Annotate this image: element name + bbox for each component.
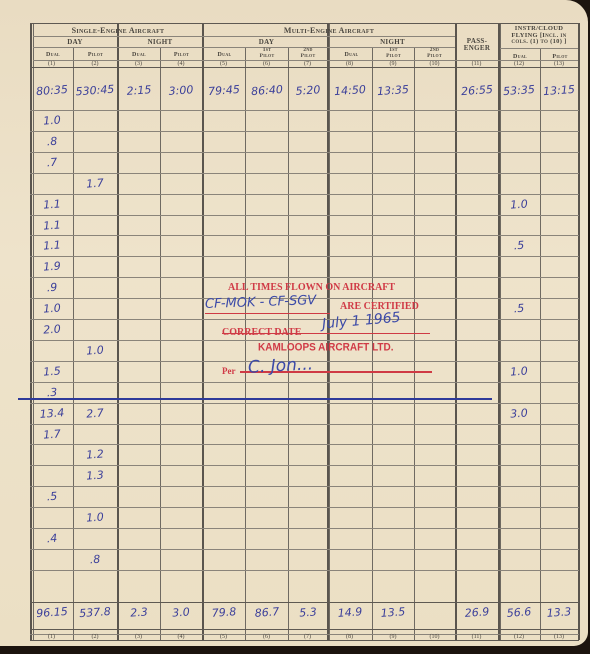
grid-hline xyxy=(30,486,579,487)
grid-vline xyxy=(117,23,119,640)
stamp-company: KAMLOOPS AIRCRAFT LTD. xyxy=(258,341,394,353)
column-number: (7) xyxy=(288,634,327,640)
column-number: (1) xyxy=(30,634,73,640)
subheader-c9: 1st Pilot xyxy=(373,48,414,59)
column-number: (7) xyxy=(288,61,327,67)
grid-vline xyxy=(202,23,204,640)
column-number: (4) xyxy=(160,634,202,640)
grid-hline xyxy=(30,235,579,236)
grid-vline xyxy=(500,23,501,640)
column-number: (12) xyxy=(498,634,540,640)
column-number: (2) xyxy=(73,634,117,640)
column-number: (2) xyxy=(73,61,117,67)
grid-vline xyxy=(160,48,161,640)
stamp-signature: C. Jon... xyxy=(248,354,314,377)
column-number: (13) xyxy=(540,634,578,640)
subheader-c8: Dual xyxy=(330,52,373,58)
grid-hline xyxy=(30,629,579,630)
column-number: (5) xyxy=(202,634,245,640)
subheader-c13: Pilot xyxy=(541,54,579,60)
subheader-c2: Pilot xyxy=(74,52,117,58)
column-number: (10) xyxy=(414,634,455,640)
column-number: (5) xyxy=(202,61,245,67)
column-number: (13) xyxy=(540,61,578,67)
subheader-c5: Dual xyxy=(204,52,245,58)
header-passenger: PASS- ENGER xyxy=(456,38,498,52)
grid-hline xyxy=(30,465,579,466)
header-instr-cloud: INSTR/CLOUD FLYING [Incl. in cols. (1) t… xyxy=(500,26,578,46)
header-single-engine: Single-Engine Aircraft xyxy=(33,27,203,35)
column-number: (9) xyxy=(372,634,414,640)
column-number: (3) xyxy=(117,61,160,67)
column-number: (11) xyxy=(455,61,498,67)
grid-hline xyxy=(30,23,579,24)
ink-total-rule xyxy=(18,398,492,400)
grid-vline xyxy=(245,48,246,640)
column-number: (8) xyxy=(327,634,372,640)
grid-vline xyxy=(578,23,580,640)
grid-hline xyxy=(500,48,578,49)
stamp-date-line xyxy=(222,333,430,334)
header-me-day: DAY xyxy=(204,39,329,46)
subheader-c12: Dual xyxy=(500,54,540,60)
header-multi-engine: Multi-Engine Aircraft xyxy=(204,27,454,35)
column-number: (4) xyxy=(160,61,202,67)
grid-hline xyxy=(30,640,579,641)
grid-hline xyxy=(30,67,579,68)
grid-hline xyxy=(30,403,579,404)
grid-hline xyxy=(30,444,579,445)
stamp-underline-aircraft xyxy=(205,313,330,314)
grid-hline xyxy=(33,36,455,37)
subheader-c3: Dual xyxy=(118,52,160,58)
grid-vline xyxy=(540,48,541,640)
grid-hline xyxy=(30,602,579,603)
column-number: (3) xyxy=(117,634,160,640)
stamp-line1: ALL TIMES FLOWN ON AIRCRAFT xyxy=(228,282,395,293)
header-me-night: NIGHT xyxy=(330,39,455,46)
header-se-night: NIGHT xyxy=(118,39,202,46)
column-number: (10) xyxy=(414,61,455,67)
column-number: (9) xyxy=(372,61,414,67)
column-number: (11) xyxy=(455,634,498,640)
grid-hline xyxy=(30,194,579,195)
subheader-c6: 1st Pilot xyxy=(246,48,288,59)
grid-vline xyxy=(455,23,457,640)
grid-hline xyxy=(30,319,579,320)
column-number: (8) xyxy=(327,61,372,67)
grid-hline xyxy=(30,215,579,216)
grid-hline xyxy=(30,570,579,571)
grid-hline xyxy=(30,110,579,111)
grid-hline xyxy=(30,507,579,508)
subheader-c7: 2nd Pilot xyxy=(289,48,327,59)
column-number: (12) xyxy=(498,61,540,67)
stamp-per-label: Per xyxy=(222,366,236,376)
header-se-day: DAY xyxy=(33,39,117,46)
grid-hline xyxy=(30,382,579,383)
grid-hline xyxy=(30,131,579,132)
grid-hline xyxy=(30,173,579,174)
grid-hline xyxy=(30,528,579,529)
grid-hline xyxy=(30,424,579,425)
subheader-c1: Dual xyxy=(33,52,73,58)
grid-hline xyxy=(30,256,579,257)
subheader-c10: 2nd Pilot xyxy=(414,48,455,59)
grid-vline xyxy=(414,48,415,640)
grid-hline xyxy=(30,152,579,153)
column-number: (6) xyxy=(245,634,288,640)
column-number: (6) xyxy=(245,61,288,67)
grid-hline xyxy=(30,549,579,550)
column-number: (1) xyxy=(30,61,73,67)
grid-hline xyxy=(30,277,579,278)
subheader-c4: Pilot xyxy=(161,52,202,58)
